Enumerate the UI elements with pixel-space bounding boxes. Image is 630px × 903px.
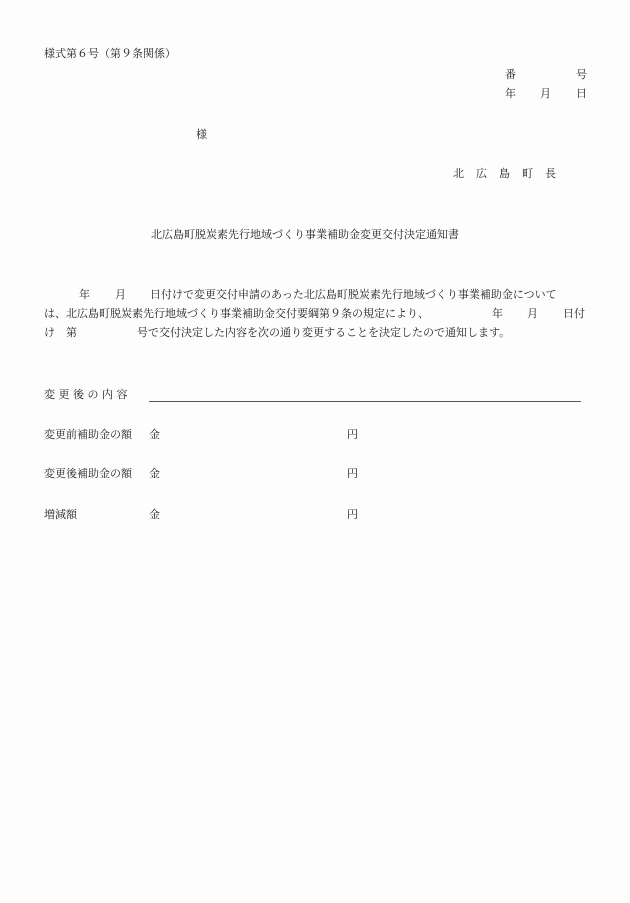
document-title: 北広島町脱炭素先行地域づくり事業補助金変更交付決定通知書: [151, 228, 459, 242]
body-l1-month: 月: [115, 288, 126, 302]
body-l1-text: 日付けで変更交付申請のあった北広島町脱炭素先行地域づくり事業補助金について: [150, 288, 557, 302]
body-l1-year: 年: [79, 288, 90, 302]
before-amount-suffix: 円: [347, 428, 358, 442]
date-month: 月: [540, 87, 551, 101]
issuer-name: 北 広 島 町 長: [453, 167, 557, 181]
body-l3-ke: け: [44, 326, 55, 340]
body-l3-dai: 第: [66, 326, 77, 340]
field-label-new-content: 変 更 後 の 内 容: [44, 388, 127, 402]
field-label-difference: 増減額: [44, 508, 77, 522]
field-label-before-amount: 変更前補助金の額: [44, 428, 132, 442]
body-l2-month: 月: [527, 307, 538, 321]
form-number: 様式第６号（第９条関係）: [44, 47, 176, 61]
ref-number-ban: 番: [505, 68, 516, 82]
body-l3-text: 号で交付決定した内容を次の通り変更することを決定したので通知します。: [137, 326, 510, 340]
date-year: 年: [505, 87, 516, 101]
ref-number-go: 号: [576, 68, 587, 82]
field-label-after-amount: 変更後補助金の額: [44, 467, 132, 481]
new-content-underline: [149, 401, 581, 402]
date-day: 日: [576, 87, 587, 101]
difference-prefix: 金: [149, 508, 160, 522]
before-amount-prefix: 金: [149, 428, 160, 442]
addressee-suffix: 様: [196, 128, 207, 142]
body-l2-year: 年: [492, 307, 503, 321]
difference-suffix: 円: [347, 508, 358, 522]
after-amount-suffix: 円: [347, 467, 358, 481]
after-amount-prefix: 金: [149, 467, 160, 481]
body-l2-day: 日付: [563, 307, 585, 321]
body-l2-text: は、北広島町脱炭素先行地域づくり事業補助金交付要綱第９条の規定により、: [44, 307, 429, 321]
